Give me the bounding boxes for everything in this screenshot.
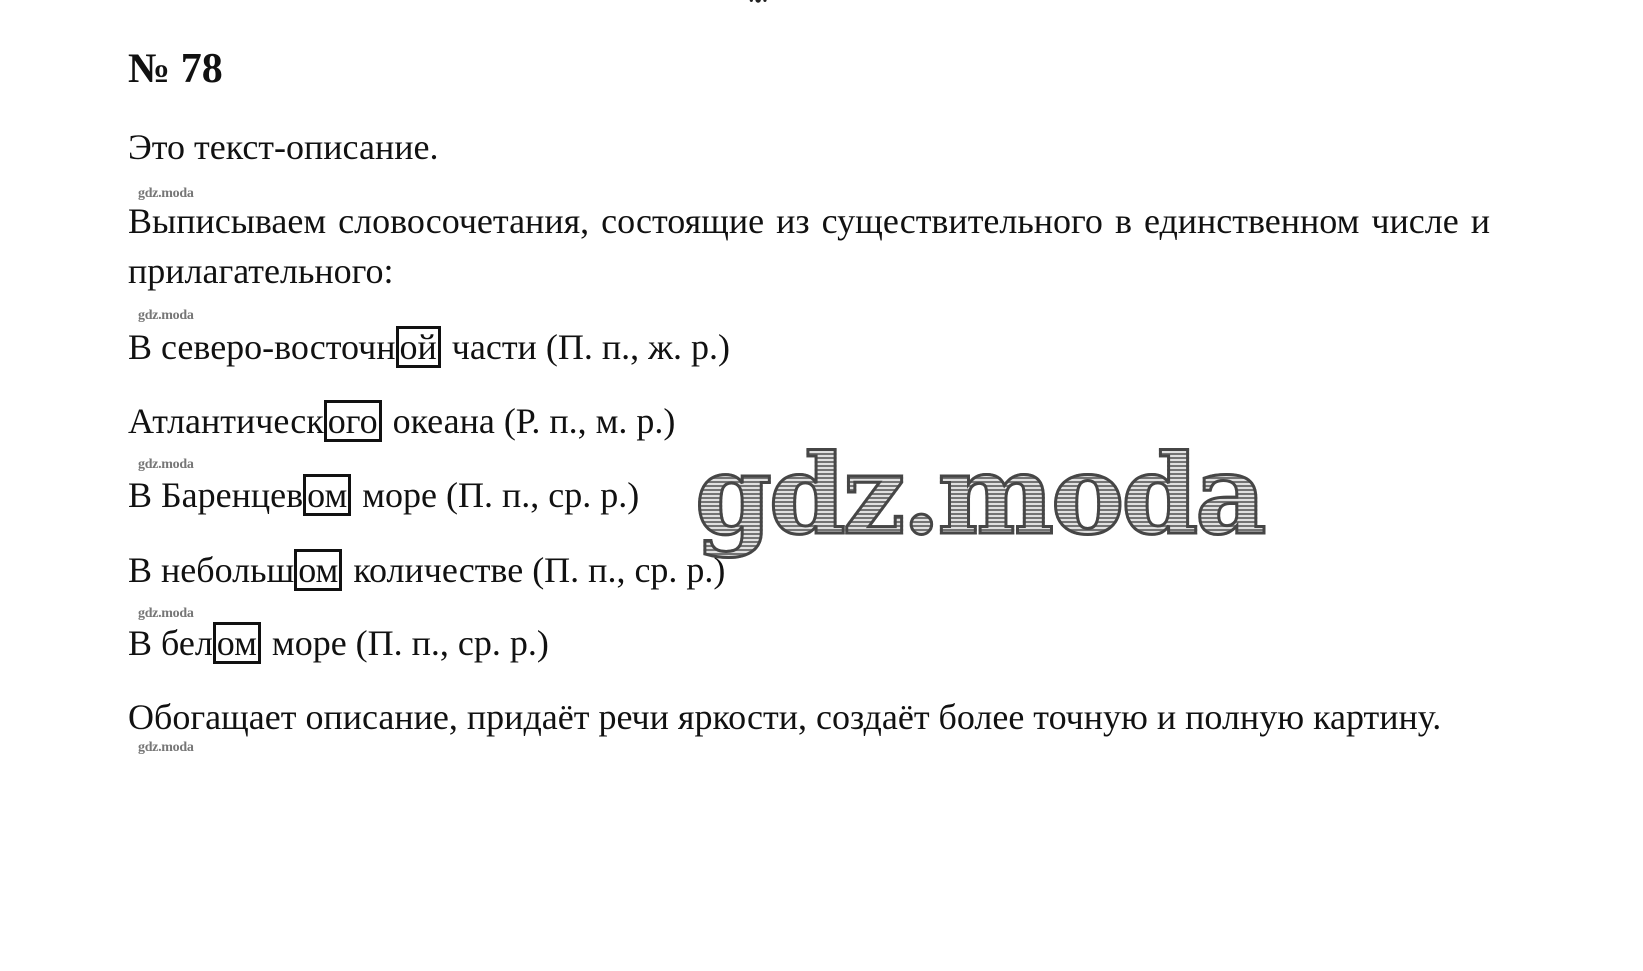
- phrase-stem: Атлантическ: [128, 401, 324, 441]
- small-watermark: gdz.moda: [138, 740, 194, 756]
- highlighted-ending: ом: [294, 549, 342, 591]
- instruction-paragraph: Выписываем словосочетания, состоящие из …: [128, 196, 1490, 296]
- phrase-rest: море (П. п., ср. р.): [263, 623, 549, 663]
- highlighted-ending: ом: [303, 474, 351, 516]
- phrase-rest: океана (Р. п., м. р.): [384, 401, 676, 441]
- phrase-5: В белом море (П. п., ср. р.): [128, 618, 549, 668]
- phrase-1: В северо-восточной части (П. п., ж. р.): [128, 322, 730, 372]
- phrase-3: В Баренцевом море (П. п., ср. р.): [128, 470, 639, 520]
- phrase-4: В небольшом количестве (П. п., ср. р.): [128, 545, 725, 595]
- phrase-rest: море (П. п., ср. р.): [353, 475, 639, 515]
- page-top-fragment: ·•·: [748, 0, 768, 13]
- large-watermark: gdz.moda: [695, 430, 1264, 559]
- task-number: № 78: [128, 45, 223, 93]
- intro-text: Это текст-описание.: [128, 122, 438, 172]
- phrase-rest: количестве (П. п., ср. р.): [344, 550, 725, 590]
- phrase-stem: В небольш: [128, 550, 294, 590]
- highlighted-ending: ого: [324, 400, 382, 442]
- phrase-stem: В Баренцев: [128, 475, 303, 515]
- highlighted-ending: ом: [213, 622, 261, 664]
- phrase-rest: части (П. п., ж. р.): [443, 327, 730, 367]
- conclusion-paragraph: Обогащает описание, придаёт речи яркости…: [128, 692, 1490, 742]
- phrase-stem: В северо-восточн: [128, 327, 396, 367]
- phrase-stem: В бел: [128, 623, 213, 663]
- highlighted-ending: ой: [396, 326, 441, 368]
- phrase-2: Атлантического океана (Р. п., м. р.): [128, 396, 675, 446]
